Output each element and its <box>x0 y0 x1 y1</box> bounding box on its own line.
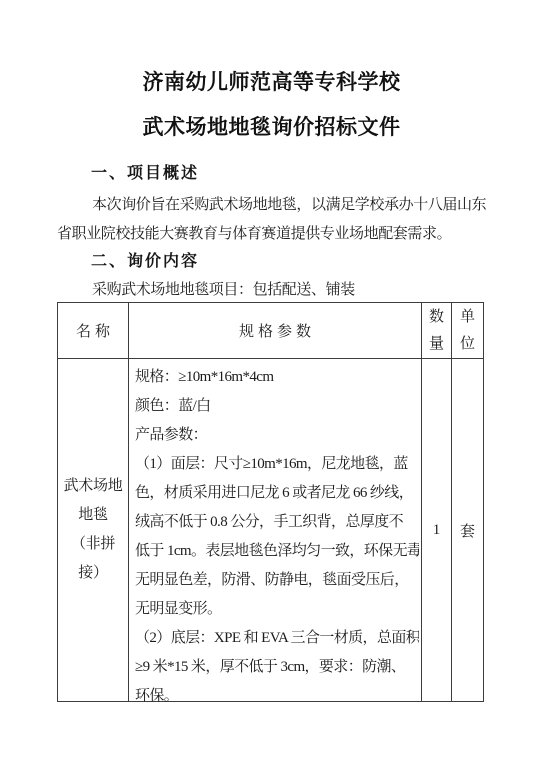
item-name-line: 接） <box>78 559 107 588</box>
table-header-spec: 规格参数 <box>128 303 421 358</box>
table-header-unit-label: 单位 <box>460 304 476 358</box>
section-1-paragraph-line-1: 本次询价旨在采购武术场地地毯，以满足学校承办十八届山东 <box>92 195 486 215</box>
document-page: 济南幼儿师范高等专科学校 武术场地地毯询价招标文件 一、项目概述 本次询价旨在采… <box>0 0 543 768</box>
item-name-cell: 武术场地 地毯 （非拼 接） <box>58 359 128 701</box>
spec-line: 环保。 <box>135 682 419 711</box>
table-row: 武术场地 地毯 （非拼 接） 规格：≥10m*16m*4cm 颜色：蓝/白 产品… <box>58 359 483 701</box>
spec-line: 色，材质采用进口尼龙 6 或者尼龙 66 纱线， <box>135 479 419 508</box>
section-2-intro: 采购武术场地地毯项目：包括配送、铺装 <box>92 280 355 300</box>
spec-line: ≥9 米*15 米，厚不低于 3cm，要求：防潮、 <box>135 653 419 682</box>
spec-line: （2）底层：XPE 和 EVA 三合一材质，总面积： <box>135 624 419 653</box>
section-2-heading: 二、询价内容 <box>91 252 199 272</box>
spec-line: 无明显色差，防滑、防静电，毯面受压后， <box>135 566 419 595</box>
item-name-line: （非拼 <box>71 530 115 559</box>
document-title-line1: 济南幼儿师范高等专科学校 <box>0 68 543 96</box>
section-1-heading: 一、项目概述 <box>91 164 199 184</box>
spec-line: 规格：≥10m*16m*4cm <box>135 363 419 392</box>
spec-line: （1）面层：尺寸≥10m*16m，尼龙地毯，蓝 <box>135 450 419 479</box>
table-header-row: 名称 规格参数 数量 单位 <box>58 303 483 359</box>
table-header-name: 名称 <box>58 303 128 358</box>
item-name-line: 武术场地 <box>64 472 123 501</box>
spec-line: 绒高不低于 0.8 公分，手工织背，总厚度不 <box>135 508 419 537</box>
spec-line: 无明显变形。 <box>135 595 419 624</box>
document-title-line2: 武术场地地毯询价招标文件 <box>0 113 543 141</box>
table-header-qty: 数量 <box>421 303 451 358</box>
spec-line: 低于 1cm。表层地毯色泽均匀一致，环保无毒， <box>135 537 419 566</box>
table-header-unit: 单位 <box>451 303 483 358</box>
table-header-qty-label: 数量 <box>429 304 445 358</box>
spec-table: 名称 规格参数 数量 单位 武术场地 地毯 （非拼 接） 规格：≥10m*16m… <box>57 302 484 702</box>
item-qty-cell: 1 <box>421 359 451 701</box>
item-spec-cell: 规格：≥10m*16m*4cm 颜色：蓝/白 产品参数： （1）面层：尺寸≥10… <box>128 359 421 701</box>
item-name-line: 地毯 <box>78 501 107 530</box>
item-unit-cell: 套 <box>451 359 483 701</box>
spec-line: 颜色：蓝/白 <box>135 392 419 421</box>
spec-line: 产品参数： <box>135 421 419 450</box>
section-1-paragraph-line-2: 省职业院校技能大赛教育与体育赛道提供专业场地配套需求。 <box>57 224 451 244</box>
